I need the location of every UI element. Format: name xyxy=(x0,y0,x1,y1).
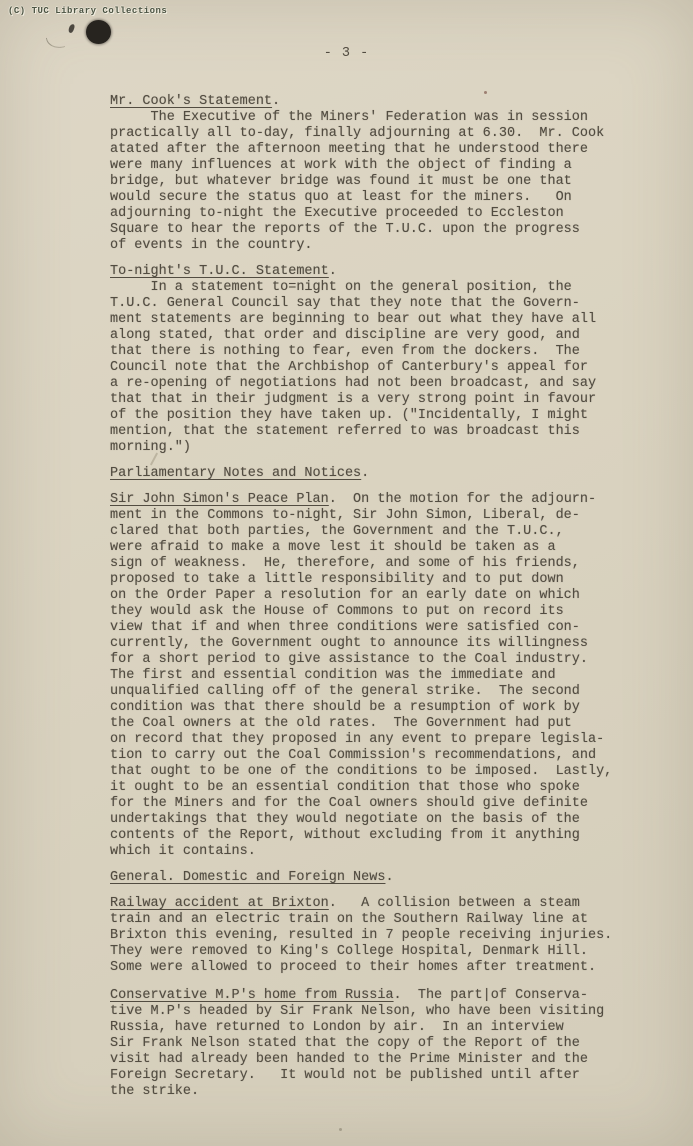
text-line: they would ask the House of Commons to p… xyxy=(110,604,676,620)
text-line: a re-opening of negotiations had not bee… xyxy=(110,376,676,392)
text-line: The Executive of the Miners' Federation … xyxy=(110,110,676,126)
section-heading: General. Domestic and Foreign News. xyxy=(110,870,676,886)
text-line: T.U.C. General Council say that they not… xyxy=(110,296,676,312)
text-line: visit had already been handed to the Pri… xyxy=(110,1052,676,1068)
ink-speck xyxy=(339,1128,342,1131)
scanned-document-page: (C) TUC Library Collections - 3 - Mr. Co… xyxy=(0,0,693,1146)
text-line: Sir Frank Nelson stated that the copy of… xyxy=(110,1036,676,1052)
paragraph: The Executive of the Miners' Federation … xyxy=(110,110,676,254)
text-line: train and an electric train on the South… xyxy=(110,912,676,928)
text-line: adjourning to-night the Executive procee… xyxy=(110,206,676,222)
text-line: which it contains. xyxy=(110,844,676,860)
text-line: ment in the Commons to-night, Sir John S… xyxy=(110,508,676,524)
text-line: mention, that the statement referred to … xyxy=(110,424,676,440)
text-line: Russia, have returned to London by air. … xyxy=(110,1020,676,1036)
heading-trailing: . xyxy=(361,466,369,481)
text-line: unqualified calling off of the general s… xyxy=(110,684,676,700)
page-number: - 3 - xyxy=(0,46,693,61)
paragraph: Conservative M.P's home from Russia. The… xyxy=(110,988,676,1100)
text-line: ment statements are beginning to bear ou… xyxy=(110,312,676,328)
text-line: clared that both parties, the Government… xyxy=(110,524,676,540)
text-line: contents of the Report, without excludin… xyxy=(110,828,676,844)
text-line: on the Order Paper a resolution for an e… xyxy=(110,588,676,604)
text-line: Council note that the Archbishop of Cant… xyxy=(110,360,676,376)
ink-blot xyxy=(68,23,76,33)
text-line: of events in the country. xyxy=(110,238,676,254)
section-heading-text: To-night's T.U.C. Statement xyxy=(110,264,329,279)
text-line: view that if and when three conditions w… xyxy=(110,620,676,636)
text-line: of the position they have taken up. ("In… xyxy=(110,408,676,424)
section-heading: Mr. Cook's Statement. xyxy=(110,94,676,110)
text-line: were afraid to make a move lest it shoul… xyxy=(110,540,676,556)
text-line: undertakings that they would negotiate o… xyxy=(110,812,676,828)
text-line: the Coal owners at the old rates. The Go… xyxy=(110,716,676,732)
punch-hole xyxy=(86,20,111,44)
paragraph: Sir John Simon's Peace Plan. On the moti… xyxy=(110,492,676,860)
text-line: Foreign Secretary. It would not be publi… xyxy=(110,1068,676,1084)
text-line: They were removed to King's College Hosp… xyxy=(110,944,676,960)
section-heading-text: Parliamentary Notes and Notices xyxy=(110,466,361,481)
text-line: Conservative M.P's home from Russia. The… xyxy=(110,988,676,1004)
paragraph-lead: Sir John Simon's Peace Plan xyxy=(110,492,329,507)
section-heading-text: Mr. Cook's Statement xyxy=(110,94,272,109)
text-line: along stated, that order and discipline … xyxy=(110,328,676,344)
text-line: Sir John Simon's Peace Plan. On the moti… xyxy=(110,492,676,508)
text-line: Some were allowed to proceed to their ho… xyxy=(110,960,676,976)
text-line: that that in their judgment is a very st… xyxy=(110,392,676,408)
section-heading-text: General. Domestic and Foreign News xyxy=(110,870,385,885)
text-line: morning.") xyxy=(110,440,676,456)
text-line: that there is nothing to fear, even from… xyxy=(110,344,676,360)
text-line: for a short period to give assistance to… xyxy=(110,652,676,668)
text-line: were many influences at work with the ob… xyxy=(110,158,676,174)
text-line: In a statement to=night on the general p… xyxy=(110,280,676,296)
text-line: condition was that there should be a res… xyxy=(110,700,676,716)
text-line: on record that they proposed in any even… xyxy=(110,732,676,748)
text-line: tion to carry out the Coal Commission's … xyxy=(110,748,676,764)
text-line: that ought to be one of the conditions t… xyxy=(110,764,676,780)
section-heading: Parliamentary Notes and Notices. xyxy=(110,466,676,482)
text-line: Square to hear the reports of the T.U.C.… xyxy=(110,222,676,238)
library-watermark: (C) TUC Library Collections xyxy=(8,6,167,16)
heading-trailing: . xyxy=(385,870,393,885)
paragraph: In a statement to=night on the general p… xyxy=(110,280,676,456)
heading-trailing: . xyxy=(272,94,280,109)
document-body: Mr. Cook's Statement. The Executive of t… xyxy=(110,94,676,1100)
section-heading: To-night's T.U.C. Statement. xyxy=(110,264,676,280)
text-line: atated after the afternoon meeting that … xyxy=(110,142,676,158)
text-line: it ought to be an essential condition th… xyxy=(110,780,676,796)
text-line: Brixton this evening, resulted in 7 peop… xyxy=(110,928,676,944)
text-line: Railway accident at Brixton. A collision… xyxy=(110,896,676,912)
text-line: bridge, but whatever bridge was found it… xyxy=(110,174,676,190)
text-line: would secure the status quo at least for… xyxy=(110,190,676,206)
paragraph: Railway accident at Brixton. A collision… xyxy=(110,896,676,976)
paragraph-lead: Conservative M.P's home from Russia xyxy=(110,988,394,1003)
heading-trailing: . xyxy=(329,264,337,279)
text-line: for the Miners and for the Coal owners s… xyxy=(110,796,676,812)
text-line: proposed to take a little responsibility… xyxy=(110,572,676,588)
text-line: practically all to-day, finally adjourni… xyxy=(110,126,676,142)
text-line: the strike. xyxy=(110,1084,676,1100)
text-line: sign of weakness. He, therefore, and som… xyxy=(110,556,676,572)
text-line: currently, the Government ought to annou… xyxy=(110,636,676,652)
paragraph-lead: Railway accident at Brixton xyxy=(110,896,329,911)
text-line: tive M.P's headed by Sir Frank Nelson, w… xyxy=(110,1004,676,1020)
text-line: The first and essential condition was th… xyxy=(110,668,676,684)
